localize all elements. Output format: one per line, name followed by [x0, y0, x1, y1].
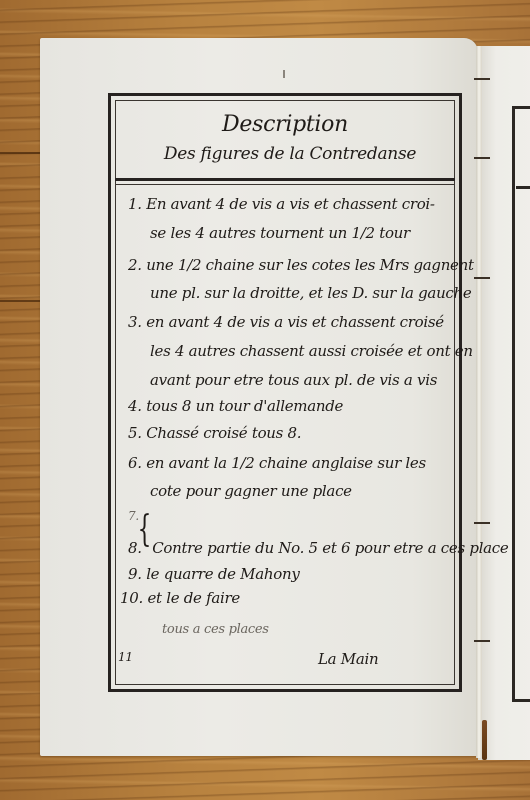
figure-10: 10. et le de faire: [120, 589, 240, 607]
right-page-rule: [516, 186, 530, 189]
figure-text: en avant la 1/2 chaine anglaise sur les: [146, 454, 426, 472]
binding-stitch: [474, 522, 490, 524]
title-divider-thin: [115, 184, 455, 185]
figure-text: une 1/2 chaine sur les cotes les Mrs gag…: [146, 256, 474, 274]
figure-number: 10.: [120, 589, 143, 607]
figure-6-continuation: cote pour gagner une place: [150, 482, 352, 500]
figure-11-text: La Main: [318, 650, 378, 668]
figure-1: 1. En avant 4 de vis a vis et chassent c…: [128, 195, 435, 213]
page-title: Description: [0, 112, 530, 137]
binding-stitch: [474, 640, 490, 642]
figure-number: 9.: [128, 565, 142, 583]
figure-number: 3.: [128, 313, 142, 331]
figure-9: 9. le quarre de Mahony: [128, 565, 300, 583]
right-page-frame: [512, 106, 530, 702]
figure-2: 2. une 1/2 chaine sur les cotes les Mrs …: [128, 256, 474, 274]
figure-11-number: 11: [118, 650, 133, 664]
page-mark: [283, 70, 285, 78]
title-divider-thick: [115, 178, 455, 181]
spine-damage: [482, 720, 487, 760]
figure-text: En avant 4 de vis a vis et chassent croi…: [146, 195, 435, 213]
faint-note: tous a ces places: [162, 622, 269, 637]
figure-3-continuation: avant pour etre tous aux pl. de vis a vi…: [150, 371, 437, 389]
figure-text: Chassé croisé tous 8.: [146, 424, 301, 442]
figure-number: 8.: [128, 539, 142, 557]
figure-number: 4.: [128, 397, 142, 415]
figure-text: et le de faire: [147, 589, 240, 607]
binding-stitch: [474, 78, 490, 80]
figure-number: 6.: [128, 454, 142, 472]
figure-text: en avant 4 de vis a vis et chassent croi…: [146, 313, 444, 331]
figure-number: 5.: [128, 424, 142, 442]
figure-text: Contre partie du No. 5 et 6 pour etre a …: [152, 539, 508, 557]
figure-number: 1.: [128, 195, 142, 213]
figure-8: 8. Contre partie du No. 5 et 6 pour etre…: [128, 539, 508, 557]
figure-3: 3. en avant 4 de vis a vis et chassent c…: [128, 313, 444, 331]
figure-5: 5. Chassé croisé tous 8.: [128, 424, 301, 442]
binding-stitch: [474, 277, 490, 279]
figure-text: tous 8 un tour d'allemande: [146, 397, 343, 415]
page-subtitle: Des figures de la Contredanse: [0, 144, 530, 164]
figure-3-continuation: les 4 autres chassent aussi croisée et o…: [150, 342, 473, 360]
figure-number: 2.: [128, 256, 142, 274]
figure-2-continuation: une pl. sur la droitte, et les D. sur la…: [150, 284, 471, 302]
figure-text: le quarre de Mahony: [146, 565, 299, 583]
figure-1-continuation: se les 4 autres tournent un 1/2 tour: [150, 224, 410, 242]
wood-seam: [0, 300, 40, 302]
figure-6: 6. en avant la 1/2 chaine anglaise sur l…: [128, 454, 426, 472]
figure-4: 4. tous 8 un tour d'allemande: [128, 397, 343, 415]
